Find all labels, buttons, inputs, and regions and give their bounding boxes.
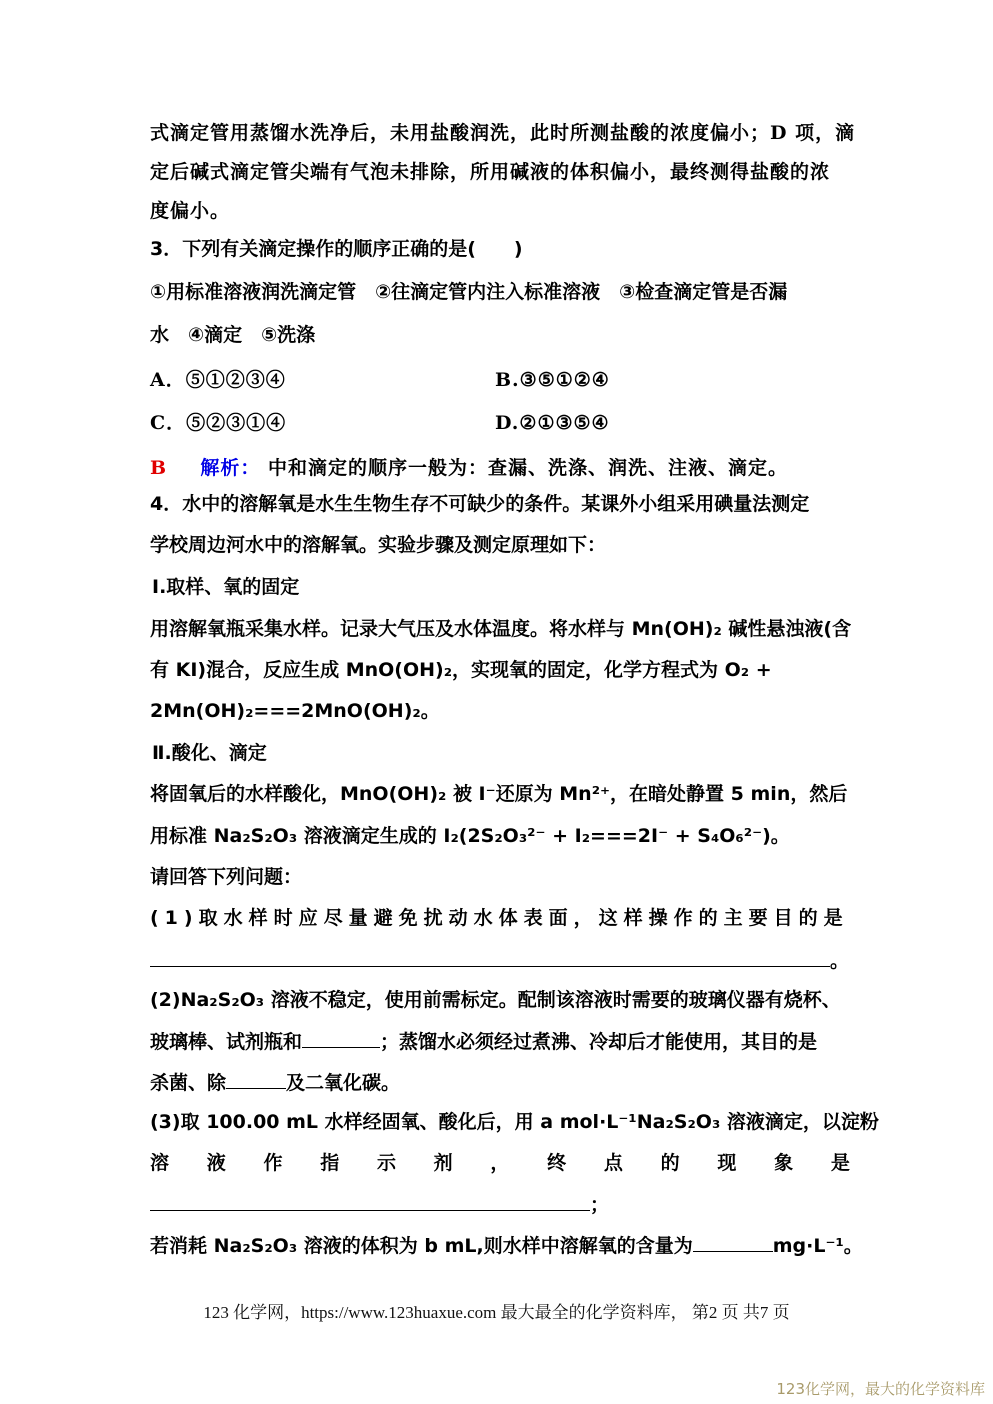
question-4-stem-1: 4．水中的溶解氧是水生生物生存不可缺少的条件。某课外小组采用碘量法测定 (150, 492, 850, 516)
part-1-line-2: 有 KI)混合，反应生成 MnO(OH)₂，实现氧的固定，化学方程式为 O₂ + (150, 658, 850, 682)
option-c: C．⑤②③①④ (150, 412, 286, 434)
option-b: B.③⑤①②④ (495, 368, 610, 392)
question-3-steps-line-2: 水 ④滴定 ⑤洗涤 (150, 323, 850, 347)
question-3-steps-line-1: ①用标准溶液润洗滴定管 ②往滴定管内注入标准溶液 ③检查滴定管是否漏 (150, 280, 850, 304)
analysis-line-1: 式滴定管用蒸馏水洗净后，未用盐酸润洗，此时所测盐酸的浓度偏小；D 项，滴 (150, 121, 850, 145)
document-page: 式滴定管用蒸馏水洗净后，未用盐酸润洗，此时所测盐酸的浓度偏小；D 项，滴 定后碱… (0, 0, 993, 1404)
answer-blank-3[interactable] (226, 1070, 286, 1089)
part-2-title: Ⅱ.酸化、滴定 (152, 741, 852, 765)
analysis-line-3: 度偏小。 (150, 199, 850, 223)
sub-question-3-line-2: 溶液作指示剂，终点的现象是 (150, 1151, 850, 1175)
option-a: A．⑤①②③④ (150, 369, 286, 391)
sub-question-1: (1)取水样时应尽量避免扰动水体表面，这样操作的主要目的是 (150, 906, 850, 930)
sub-question-2-line-2: 玻璃棒、试剂瓶和；蒸馏水必须经过煮沸、冷却后才能使用，其目的是 (150, 1029, 850, 1054)
page-footer: 123 化学网，https://www.123huaxue.com 最大最全的化… (0, 1298, 993, 1323)
option-d: D.②①③⑤④ (495, 411, 610, 435)
question-4-stem-2: 学校周边河水中的溶解氧。实验步骤及测定原理如下： (150, 533, 850, 557)
part-1-title: Ⅰ.取样、氧的固定 (152, 575, 852, 599)
sub-question-1-answer-line: 。 (150, 948, 850, 973)
question-3-analysis: B 解析： 中和滴定的顺序一般为：查漏、洗涤、润洗、注液、滴定。 (150, 456, 850, 480)
answer-label: B (150, 457, 167, 479)
analysis-text: 中和滴定的顺序一般为：查漏、洗涤、润洗、注液、滴定。 (268, 457, 788, 479)
watermark: 123化学网，最大的化学资料库 (776, 1378, 985, 1399)
answer-blank-2[interactable] (302, 1029, 380, 1048)
question-3-stem: 3．下列有关滴定操作的顺序正确的是( ) (150, 237, 850, 261)
analysis-label: 解析： (200, 457, 260, 479)
part-2-line-2: 用标准 Na₂S₂O₃ 溶液滴定生成的 I₂(2S₂O₃²⁻ + I₂===2I… (150, 824, 850, 848)
question-3-options-row-2: C．⑤②③①④ D.②①③⑤④ (150, 411, 850, 435)
part-1-line-3: 2Mn(OH)₂===2MnO(OH)₂。 (150, 699, 850, 723)
sub-question-2-line-1: (2)Na₂S₂O₃ 溶液不稳定，使用前需标定。配制该溶液时需要的玻璃仪器有烧杯… (150, 988, 850, 1012)
answer-blank-5[interactable] (693, 1233, 773, 1252)
sub-question-3-line-4: 若消耗 Na₂S₂O₃ 溶液的体积为 b mL,则水样中溶解氧的含量为mg·L⁻… (150, 1233, 850, 1258)
sub-question-3-line-1: (3)取 100.00 mL 水样经固氧、酸化后，用 a mol·L⁻¹Na₂S… (150, 1110, 850, 1134)
answer-blank-1[interactable] (150, 948, 830, 967)
sub-question-2-line-3: 杀菌、除及二氧化碳。 (150, 1070, 850, 1095)
questions-prompt: 请回答下列问题： (150, 865, 850, 889)
question-3-options-row-1: A．⑤①②③④ B.③⑤①②④ (150, 368, 850, 392)
analysis-line-2: 定后碱式滴定管尖端有气泡未排除，所用碱液的体积偏小，最终测得盐酸的浓 (150, 160, 850, 184)
sub-question-3-line-3: ； (150, 1192, 850, 1217)
part-2-line-1: 将固氧后的水样酸化，MnO(OH)₂ 被 I⁻还原为 Mn²⁺，在暗处静置 5 … (150, 782, 850, 806)
part-1-line-1: 用溶解氧瓶采集水样。记录大气压及水体温度。将水样与 Mn(OH)₂ 碱性悬浊液(… (150, 617, 850, 641)
answer-blank-4[interactable] (150, 1192, 590, 1211)
